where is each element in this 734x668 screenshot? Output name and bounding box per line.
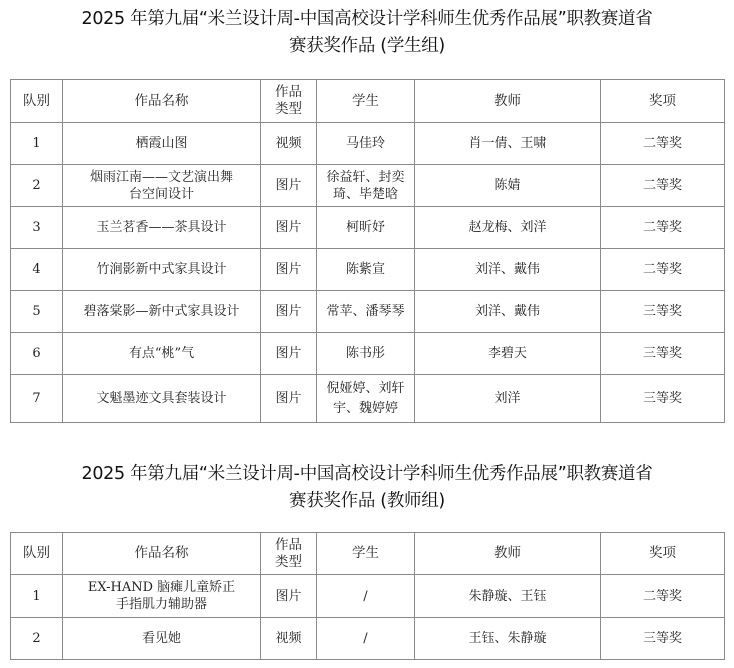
cell-work-type: 图片 <box>261 575 317 618</box>
cell-work-name: EX-HAND 脑瘫儿童矫正手指肌力辅助器 <box>63 575 261 618</box>
table-header-row: 队别 作品名称 作品类型 学生 教师 奖项 <box>11 533 725 575</box>
table-row: 4 竹涧影新中式家具设计 图片 陈紫宣 刘洋、戴伟 二等奖 <box>11 249 725 291</box>
cell-work-name: 文魁墨迹文具套装设计 <box>63 375 261 423</box>
title-line-2: 赛获奖作品 (学生组) <box>0 33 734 60</box>
cell-work-type: 图片 <box>261 375 317 423</box>
cell-teacher: 肖一倩、王啸 <box>415 123 601 165</box>
cell-student: 倪娅婷、刘轩宇、魏婷婷 <box>317 375 415 423</box>
cell-work-name-text: EX-HAND 脑瘫儿童矫正手指肌力辅助器 <box>84 579 240 613</box>
cell-team-no: 1 <box>11 575 63 618</box>
title-line-1: 2025 年第九届“米兰设计周-中国高校设计学科师生优秀作品展”职教赛道省 <box>0 6 734 33</box>
header-team-no: 队别 <box>11 533 63 575</box>
header-team-no: 队别 <box>11 80 63 123</box>
cell-student: 柯昕妤 <box>317 207 415 249</box>
cell-work-name-text: 烟雨江南——文艺演出舞台空间设计 <box>90 169 233 203</box>
cell-award: 二等奖 <box>601 249 725 291</box>
table-row: 2 看见她 视频 / 王钰、朱静璇 三等奖 <box>11 618 725 660</box>
cell-teacher: 刘洋、戴伟 <box>415 249 601 291</box>
cell-work-type: 视频 <box>261 618 317 660</box>
cell-work-name: 竹涧影新中式家具设计 <box>63 249 261 291</box>
cell-student: 陈紫宣 <box>317 249 415 291</box>
cell-work-type: 图片 <box>261 291 317 333</box>
cell-team-no: 6 <box>11 333 63 375</box>
table-row: 2 烟雨江南——文艺演出舞台空间设计 图片 徐益轩、封奕琦、毕楚晗 陈婧 二等奖 <box>11 165 725 207</box>
cell-teacher: 陈婧 <box>415 165 601 207</box>
teacher-awards-table: 队别 作品名称 作品类型 学生 教师 奖项 1 EX-HAND 脑瘫儿童矫正手指… <box>10 532 725 660</box>
table-row: 1 栖霞山图 视频 马佳玲 肖一倩、王啸 二等奖 <box>11 123 725 165</box>
cell-award: 三等奖 <box>601 291 725 333</box>
cell-award: 二等奖 <box>601 575 725 618</box>
cell-teacher: 李碧天 <box>415 333 601 375</box>
cell-team-no: 7 <box>11 375 63 423</box>
cell-student-text: 倪娅婷、刘轩宇、魏婷婷 <box>327 379 405 419</box>
table-row: 5 碧落棠影—新中式家具设计 图片 常苹、潘琴琴 刘洋、戴伟 三等奖 <box>11 291 725 333</box>
cell-teacher: 赵龙梅、刘洋 <box>415 207 601 249</box>
table-row: 3 玉兰茗香——茶具设计 图片 柯昕妤 赵龙梅、刘洋 二等奖 <box>11 207 725 249</box>
cell-work-name: 碧落棠影—新中式家具设计 <box>63 291 261 333</box>
cell-student-text: 徐益轩、封奕琦、毕楚晗 <box>327 169 405 203</box>
header-work-type: 作品类型 <box>261 533 317 575</box>
cell-work-name: 玉兰茗香——茶具设计 <box>63 207 261 249</box>
cell-team-no: 2 <box>11 618 63 660</box>
cell-award: 二等奖 <box>601 123 725 165</box>
cell-award: 三等奖 <box>601 333 725 375</box>
student-group-title: 2025 年第九届“米兰设计周-中国高校设计学科师生优秀作品展”职教赛道省 赛获… <box>0 6 734 60</box>
header-work-name: 作品名称 <box>63 80 261 123</box>
cell-work-name: 烟雨江南——文艺演出舞台空间设计 <box>63 165 261 207</box>
cell-student: 徐益轩、封奕琦、毕楚晗 <box>317 165 415 207</box>
cell-work-type: 图片 <box>261 249 317 291</box>
cell-student: / <box>317 575 415 618</box>
cell-student: 马佳玲 <box>317 123 415 165</box>
table-row: 7 文魁墨迹文具套装设计 图片 倪娅婷、刘轩宇、魏婷婷 刘洋 三等奖 <box>11 375 725 423</box>
cell-work-name: 栖霞山图 <box>63 123 261 165</box>
teacher-group-title: 2025 年第九届“米兰设计周-中国高校设计学科师生优秀作品展”职教赛道省 赛获… <box>0 461 734 515</box>
header-teacher: 教师 <box>415 533 601 575</box>
student-awards-table: 队别 作品名称 作品类型 学生 教师 奖项 1 栖霞山图 视频 马佳玲 肖一倩、… <box>10 79 725 423</box>
cell-student: / <box>317 618 415 660</box>
header-work-type: 作品类型 <box>261 80 317 123</box>
cell-teacher: 刘洋 <box>415 375 601 423</box>
header-work-type-label: 作品类型 <box>274 537 302 571</box>
cell-work-name: 有点“桃”气 <box>63 333 261 375</box>
table-row: 1 EX-HAND 脑瘫儿童矫正手指肌力辅助器 图片 / 朱静璇、王钰 二等奖 <box>11 575 725 618</box>
header-award: 奖项 <box>601 533 725 575</box>
cell-award: 三等奖 <box>601 618 725 660</box>
cell-work-name: 看见她 <box>63 618 261 660</box>
header-work-type-label: 作品类型 <box>274 84 302 118</box>
title-line-2: 赛获奖作品 (教师组) <box>0 488 734 515</box>
table-header-row: 队别 作品名称 作品类型 学生 教师 奖项 <box>11 80 725 123</box>
header-teacher: 教师 <box>415 80 601 123</box>
cell-teacher: 王钰、朱静璇 <box>415 618 601 660</box>
header-student: 学生 <box>317 80 415 123</box>
title-line-1: 2025 年第九届“米兰设计周-中国高校设计学科师生优秀作品展”职教赛道省 <box>0 461 734 488</box>
cell-award: 二等奖 <box>601 165 725 207</box>
header-student: 学生 <box>317 533 415 575</box>
cell-team-no: 4 <box>11 249 63 291</box>
cell-teacher: 朱静璇、王钰 <box>415 575 601 618</box>
cell-award: 三等奖 <box>601 375 725 423</box>
cell-student: 常苹、潘琴琴 <box>317 291 415 333</box>
cell-work-type: 图片 <box>261 207 317 249</box>
cell-work-type: 图片 <box>261 165 317 207</box>
cell-team-no: 5 <box>11 291 63 333</box>
header-award: 奖项 <box>601 80 725 123</box>
cell-team-no: 2 <box>11 165 63 207</box>
table-row: 6 有点“桃”气 图片 陈书彤 李碧天 三等奖 <box>11 333 725 375</box>
cell-work-type: 视频 <box>261 123 317 165</box>
cell-student: 陈书彤 <box>317 333 415 375</box>
cell-team-no: 1 <box>11 123 63 165</box>
cell-teacher: 刘洋、戴伟 <box>415 291 601 333</box>
cell-award: 二等奖 <box>601 207 725 249</box>
header-work-name: 作品名称 <box>63 533 261 575</box>
cell-work-type: 图片 <box>261 333 317 375</box>
cell-team-no: 3 <box>11 207 63 249</box>
